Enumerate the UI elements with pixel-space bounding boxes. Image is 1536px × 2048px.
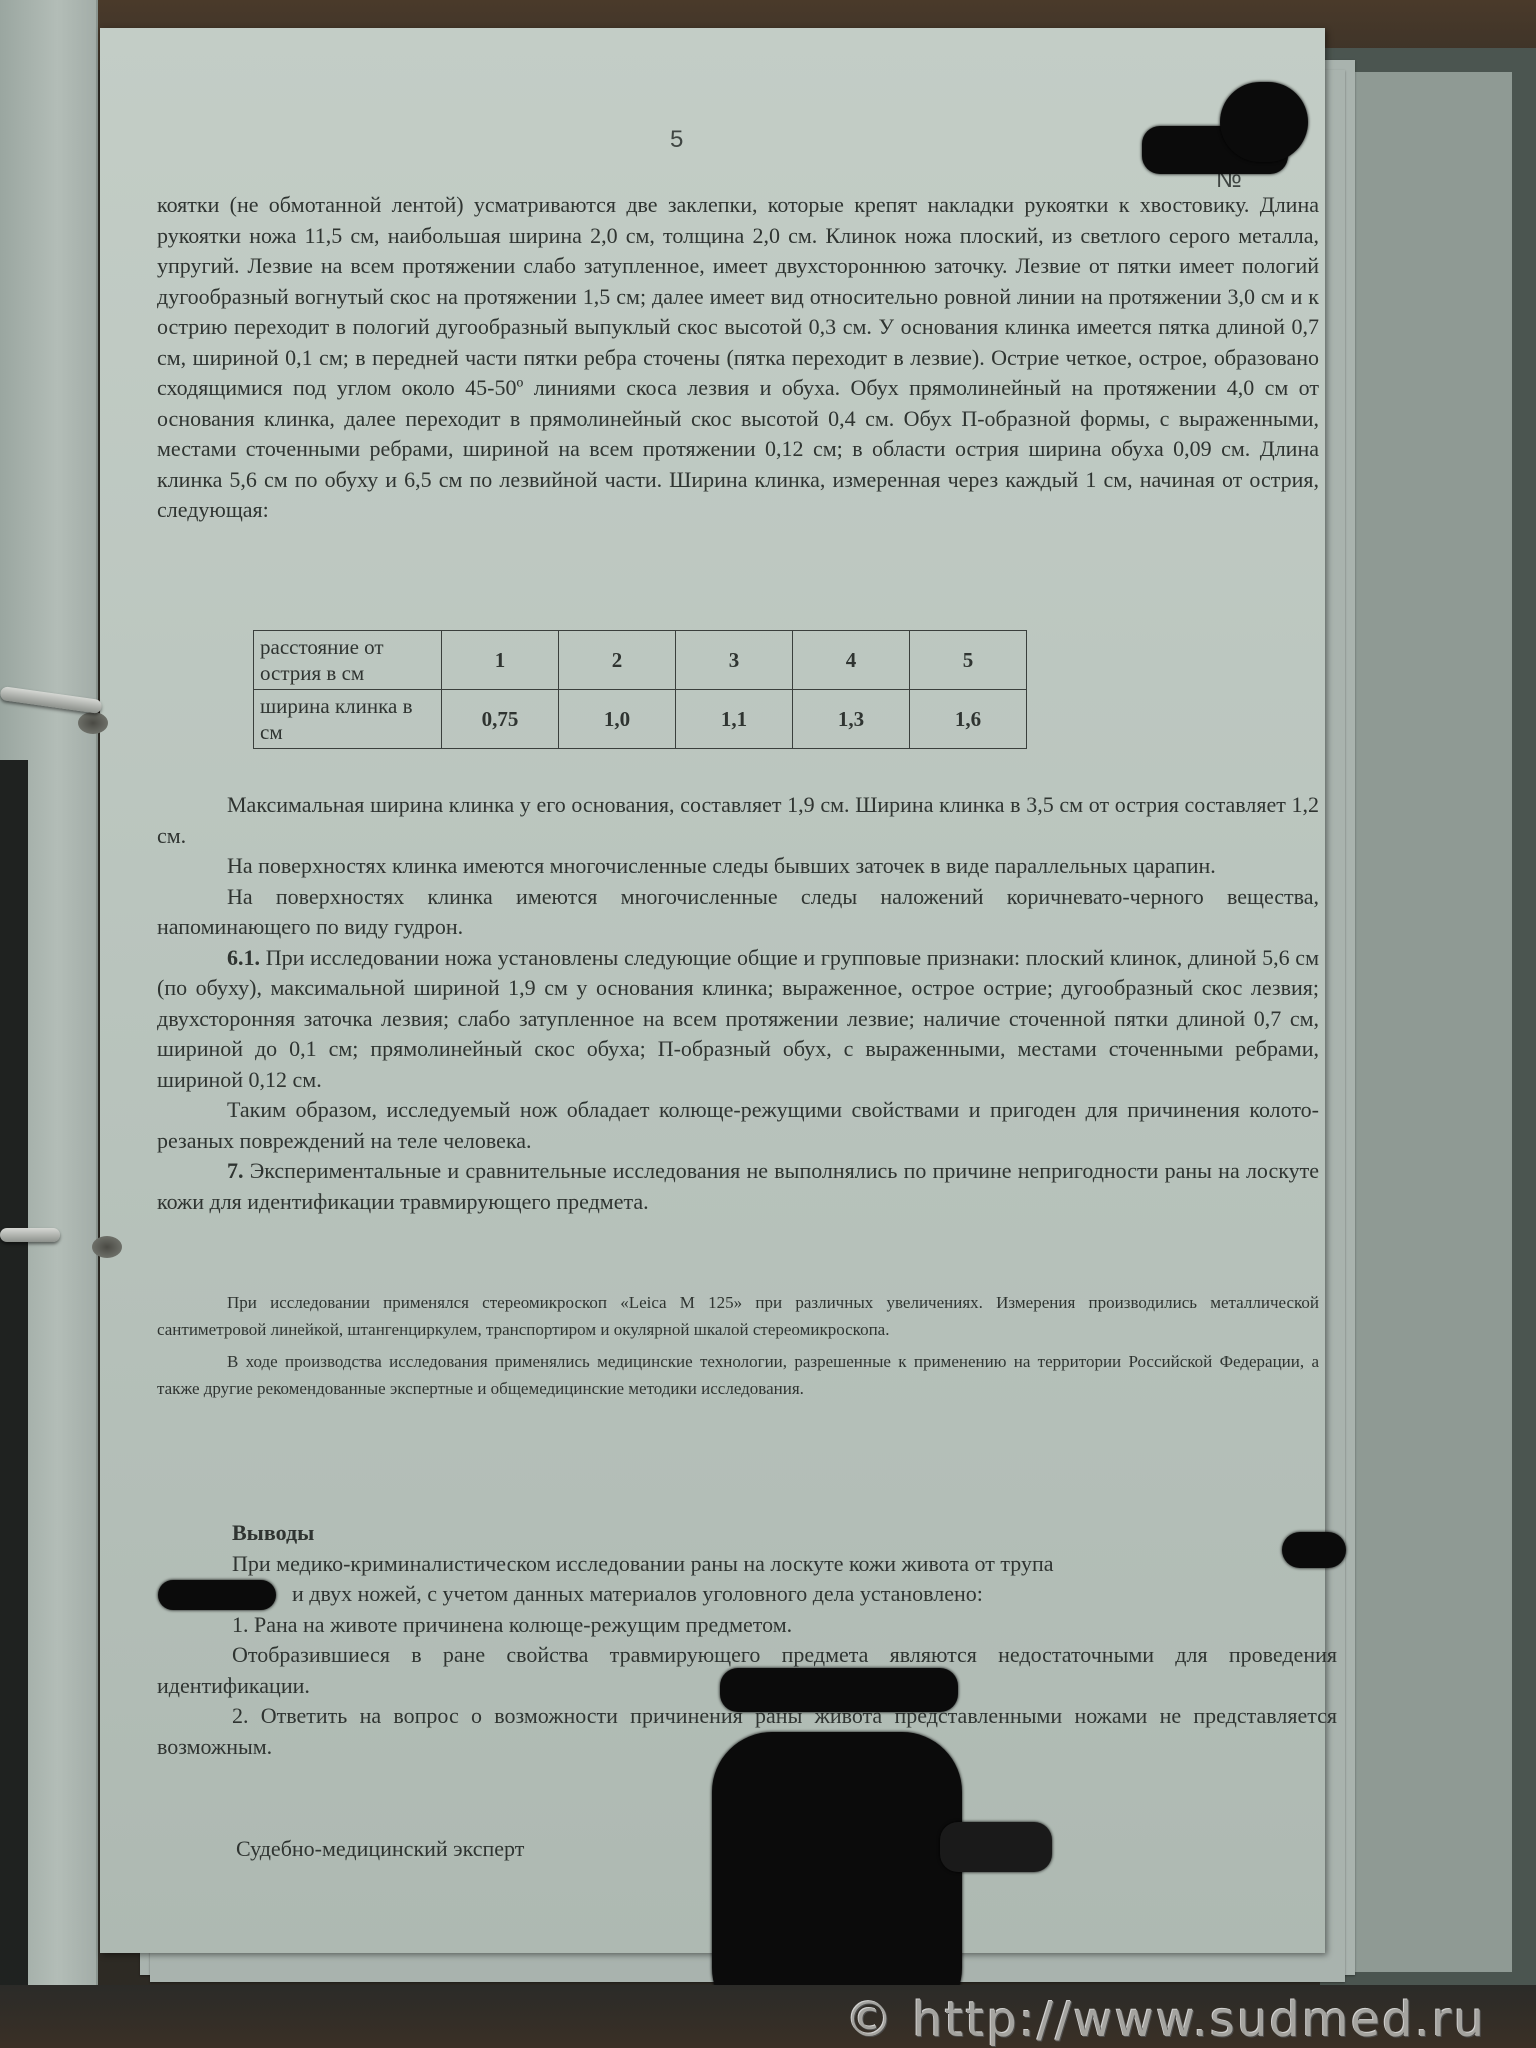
conclusions-heading-text: Выводы [232, 1520, 314, 1545]
section-6-1: 6.1. При исследовании ножа установлены с… [157, 943, 1319, 1096]
conclusions-intro-line1: При медико-криминалистическом исследован… [157, 1549, 1337, 1580]
punch-hole [92, 1236, 122, 1258]
redaction-mark [1282, 1532, 1346, 1568]
redaction-mark [720, 1668, 958, 1712]
redaction-mark [712, 1732, 962, 2028]
watermark: © http://www.sudmed.ru [845, 1992, 1486, 2048]
distance-cell: 5 [910, 631, 1027, 690]
distance-cell: 4 [793, 631, 910, 690]
binder-ring [0, 1228, 60, 1242]
knife-conclusion-paragraph: Таким образом, исследуемый нож обладает … [157, 1095, 1319, 1156]
blade-width-table: расстояние от острия в см 1 2 3 4 5 шири… [253, 630, 1027, 749]
width-cell: 1,6 [910, 690, 1027, 749]
findings-section: Максимальная ширина клинка у его основан… [157, 790, 1319, 1217]
width-cell: 1,3 [793, 690, 910, 749]
section-6-1-text: При исследовании ножа установлены следую… [157, 945, 1319, 1092]
table-row: ширина клинка в см 0,75 1,0 1,1 1,3 1,6 [254, 690, 1027, 749]
table-row: расстояние от острия в см 1 2 3 4 5 [254, 631, 1027, 690]
punch-hole [78, 712, 108, 734]
redaction-mark [940, 1822, 1052, 1872]
redaction-mark [158, 1580, 276, 1610]
redaction-mark [1220, 82, 1308, 162]
distance-cell: 3 [676, 631, 793, 690]
section-7: 7. Экспериментальные и сравнительные исс… [157, 1156, 1319, 1217]
folder-inner-sheet [1352, 72, 1512, 1972]
width-cell: 0,75 [442, 690, 559, 749]
distance-cell: 1 [442, 631, 559, 690]
section-6-1-label: 6.1. [227, 945, 260, 970]
description-paragraph: коятки (не обмотанной лентой) усматриваю… [157, 190, 1319, 526]
technologies-note: В ходе производства исследования применя… [157, 1349, 1319, 1402]
equipment-note: При исследовании применялся стереомикрос… [157, 1290, 1319, 1343]
sharpening-traces-paragraph: На поверхностях клинка имеются многочисл… [157, 851, 1319, 882]
conclusions-intro-line2: и двух ножей, с учетом данных материалов… [157, 1579, 1337, 1610]
distance-cell: 2 [559, 631, 676, 690]
width-cell: 1,1 [676, 690, 793, 749]
max-width-paragraph: Максимальная ширина клинка у его основан… [157, 790, 1319, 851]
deposits-paragraph: На поверхностях клинка имеются многочисл… [157, 882, 1319, 943]
row-label-width: ширина клинка в см [254, 690, 442, 749]
conclusions-heading: Выводы [157, 1518, 1337, 1549]
width-cell: 1,0 [559, 690, 676, 749]
blade-description: коятки (не обмотанной лентой) усматриваю… [157, 190, 1319, 526]
conclusion-item-1: 1. Рана на животе причинена колюще-режущ… [157, 1610, 1337, 1641]
section-7-text: Экспериментальные и сравнительные исслед… [157, 1158, 1319, 1214]
page-number: 5 [670, 126, 683, 154]
expert-signature-title: Судебно-медицинский эксперт [236, 1836, 524, 1862]
methods-notes: При исследовании применялся стереомикрос… [157, 1290, 1319, 1408]
binder-spine [0, 760, 28, 1990]
row-label-distance: расстояние от острия в см [254, 631, 442, 690]
section-7-label: 7. [227, 1158, 244, 1183]
conclusions-section: Выводы При медико-криминалистическом исс… [157, 1518, 1337, 1762]
